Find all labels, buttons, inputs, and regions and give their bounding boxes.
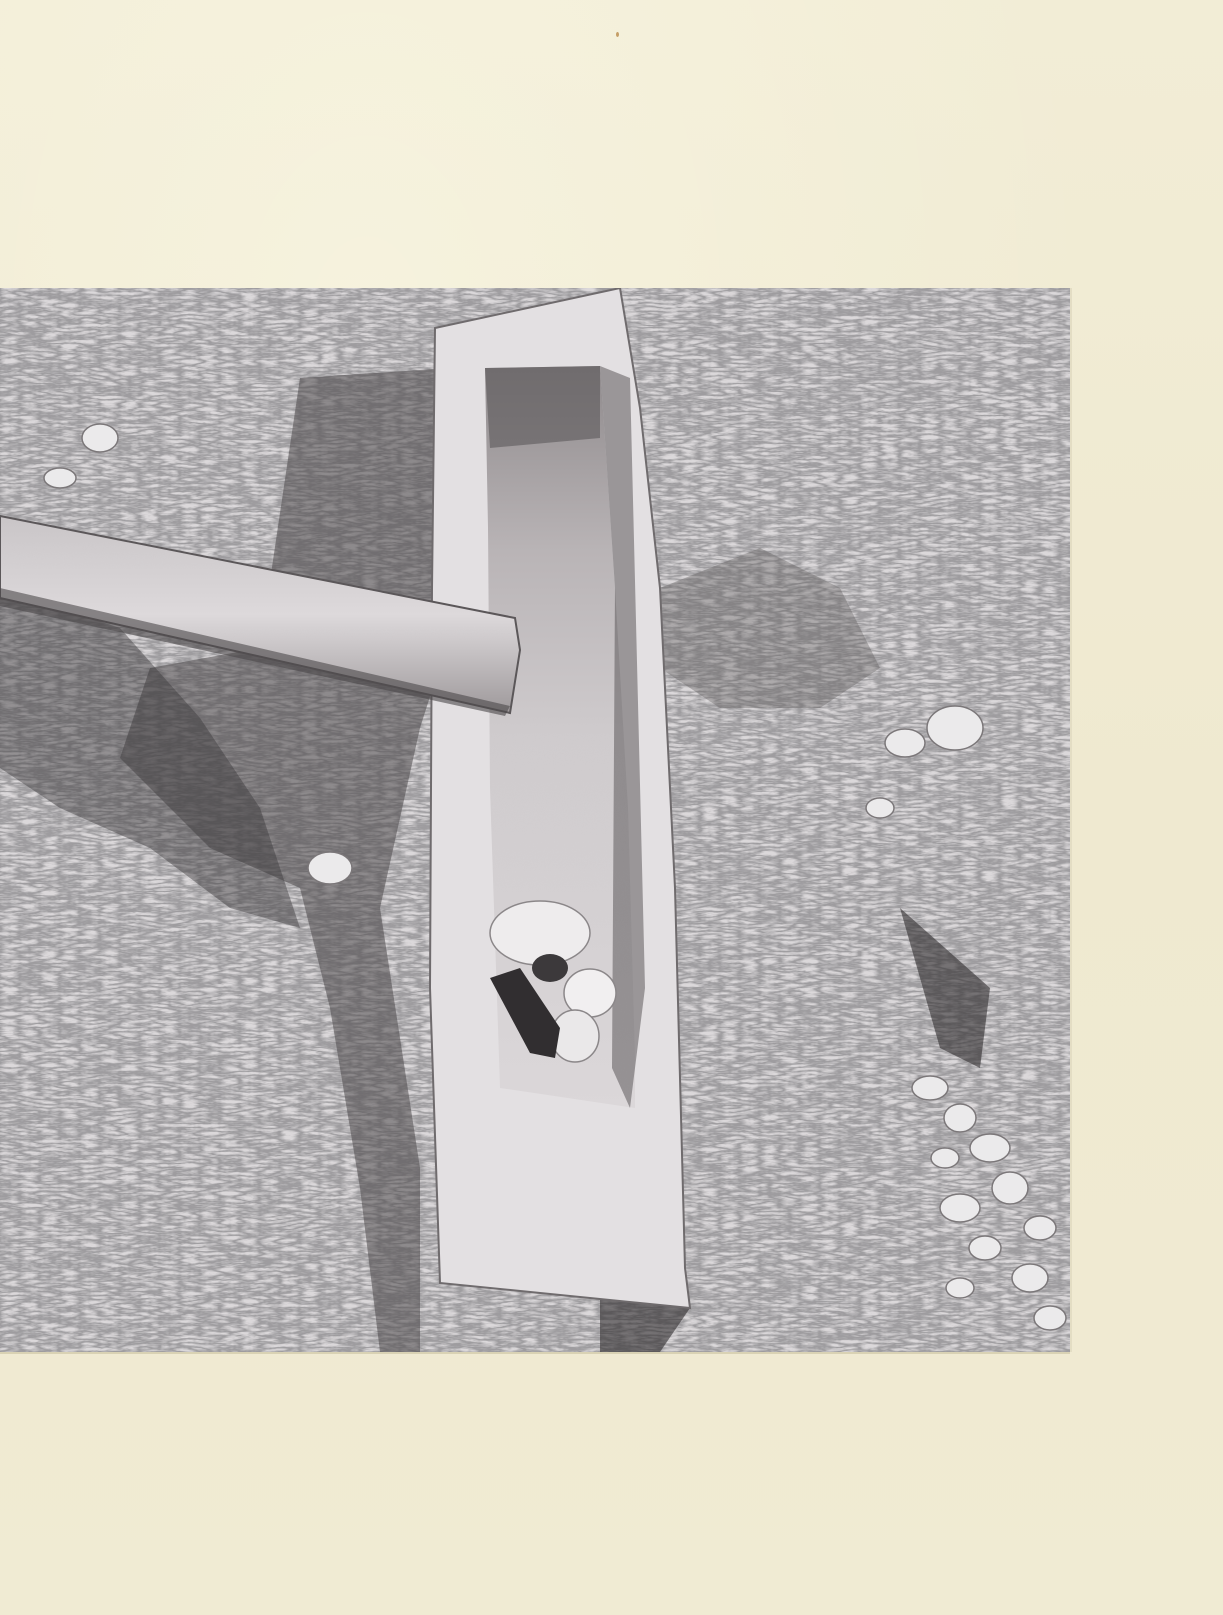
paper-speck	[616, 32, 619, 37]
mounted-photograph	[0, 288, 1070, 1352]
photo-scene	[0, 288, 1070, 1352]
album-page	[0, 0, 1223, 1615]
